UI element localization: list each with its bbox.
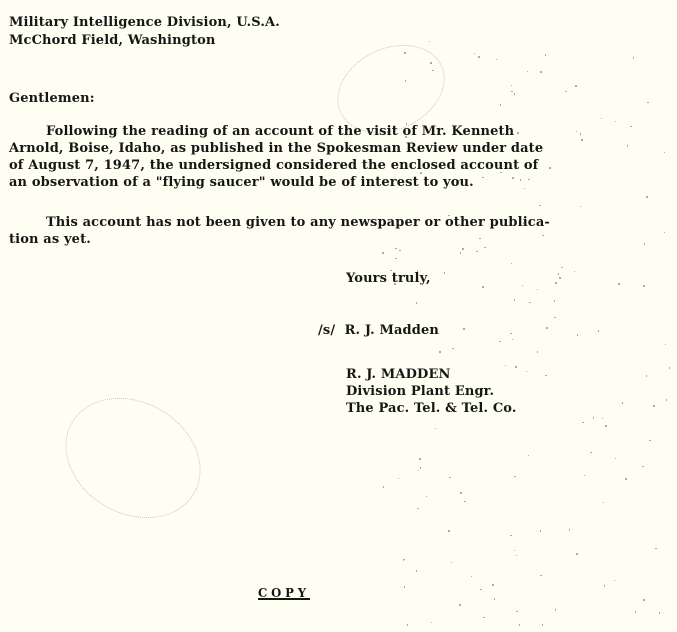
scan-speck [511,91,513,93]
scan-speck [593,417,595,419]
scan-speck [555,282,557,284]
scan-speck [627,145,629,147]
scan-speck [517,132,519,134]
scan-speck [474,53,476,55]
signer-company: The Pac. Tel. & Tel. Co. [346,400,517,416]
scan-speck [643,599,645,601]
scan-speck [554,317,556,319]
scan-speck [511,85,513,87]
scan-speck [558,273,560,275]
scan-speck [514,476,516,478]
scan-speck [615,458,617,460]
scan-speck [406,164,408,166]
address-line-1: Military Intelligence Division, U.S.A. [9,14,280,30]
scan-speck [580,133,582,135]
scan-speck [429,41,431,43]
scan-speck [476,251,478,253]
scan-speck [669,367,671,369]
scan-speck [448,530,450,532]
scan-speck [633,57,635,59]
scan-speck [527,71,529,73]
scan-speck [390,270,392,272]
scan-speck [403,560,405,562]
scan-speck [549,167,551,169]
scan-speck [528,179,530,181]
scan-speck [540,71,542,73]
scan-speck [394,283,396,285]
scan-speck [659,612,661,614]
scan-speck [500,104,502,106]
scan-speck [664,232,666,234]
scan-speck [484,247,486,249]
scan-speck [649,440,651,442]
scan-speck [569,529,571,531]
scan-speck [492,584,494,586]
scan-speck [496,59,498,61]
scan-speck [500,172,502,174]
scan-speck [602,418,604,420]
scan-speck [577,334,579,336]
scan-speck [395,248,397,250]
scan-speck [399,250,401,252]
scan-speck [643,285,645,287]
scan-speck [523,222,525,224]
scan-speck [598,330,600,332]
scan-speck [516,611,518,613]
scan-speck [448,215,450,217]
scan-speck [642,466,644,468]
faded-stamp-mark [44,374,223,542]
paragraph1-line-1: Following the reading of an account of t… [46,123,514,139]
scan-speck [505,365,507,367]
signer-title: Division Plant Engr. [346,383,494,399]
scan-speck [382,252,384,254]
scan-speck [582,422,584,424]
scan-speck [574,271,576,273]
scan-speck [512,339,514,341]
scan-speck [420,172,422,174]
scan-speck [515,366,517,368]
scan-speck [404,586,406,588]
scan-speck [452,348,454,350]
scan-speck [545,375,547,377]
scan-speck [647,102,649,104]
scan-speck [435,219,437,221]
scan-speck [451,562,453,564]
scan-speck [463,328,465,330]
scan-speck [664,152,666,154]
scan-speck [635,611,637,613]
scan-speck [565,91,567,93]
scan-speck [665,344,667,346]
scan-speck [418,470,420,472]
scan-speck [614,580,616,582]
scan-speck [519,624,521,626]
scan-speck [430,62,432,64]
scan-speck [432,70,434,72]
scan-speck [458,180,460,182]
address-line-2: McChord Field, Washington [9,32,216,48]
scan-speck [529,302,531,304]
scan-speck [625,478,627,480]
letter-page: Military Intelligence Division, U.S.A. M… [0,0,677,632]
scan-speck [439,351,441,353]
scan-speck [435,428,437,430]
scan-speck [462,385,464,387]
paragraph2-line-1: This account has not been given to any n… [46,214,550,230]
scan-speck [575,85,577,87]
scan-speck [395,258,397,260]
scan-speck [545,54,547,56]
scan-speck [460,492,462,494]
scan-speck [655,548,657,550]
scan-speck [522,285,524,287]
scan-speck [539,205,541,207]
scan-speck [462,248,464,250]
scan-speck [646,196,648,198]
scan-speck [494,598,496,600]
scan-speck [576,131,578,133]
scan-speck [480,589,482,591]
scan-speck [514,550,516,552]
scan-speck [512,177,514,179]
scan-speck [459,604,461,606]
scan-speck [605,425,607,427]
scan-speck [383,486,385,488]
scan-speck [444,272,446,274]
scan-speck [426,496,428,498]
scan-speck [387,131,389,133]
scan-speck [601,118,603,120]
scan-speck [420,467,422,469]
scan-speck [471,576,473,578]
scan-speck [510,535,512,537]
scan-speck [542,624,544,626]
scan-speck [576,553,578,555]
scan-speck [604,585,606,587]
scan-speck [618,283,620,285]
paragraph2-line-2: tion as yet. [9,231,91,247]
scan-speck [483,617,485,619]
copy-label: COPY [258,586,310,600]
scan-speck [615,121,617,123]
scan-speck [417,508,419,510]
scan-speck [581,139,583,141]
scan-speck [644,243,646,245]
scan-speck [584,475,586,477]
scan-speck [419,458,421,460]
paragraph1-line-3: of August 7, 1947, the undersigned consi… [9,157,538,173]
signer-name: R. J. MADDEN [346,366,451,382]
scan-speck [499,341,501,343]
scan-speck [479,238,481,240]
scan-speck [666,399,668,401]
scan-speck [590,452,592,454]
scan-speck [554,300,556,302]
scan-speck [431,622,433,624]
scan-speck [405,136,407,138]
paragraph1-line-2: Arnold, Boise, Idaho, as published in th… [9,140,543,156]
scan-speck [448,410,450,412]
scan-speck [407,624,409,626]
scan-speck [622,402,624,404]
scan-speck [646,375,648,377]
scan-speck [524,188,526,190]
scan-speck [514,299,516,301]
scan-speck [542,235,544,237]
scan-speck [449,477,451,479]
scan-speck [526,371,528,373]
scan-speck [478,56,480,58]
scan-speck [405,80,407,82]
signature: /s/ R. J. Madden [318,322,439,338]
scan-speck [537,351,539,353]
scan-speck [555,609,557,611]
scan-speck [416,302,418,304]
scan-speck [540,530,542,532]
scan-speck [482,286,484,288]
scan-speck [398,478,400,480]
scan-speck [516,555,518,557]
scan-speck [653,405,655,407]
scan-speck [482,177,484,179]
scan-speck [416,570,418,572]
scan-speck [528,455,530,457]
scan-speck [537,289,539,291]
scan-speck [520,179,522,181]
scan-speck [546,327,548,329]
scan-speck [580,206,582,208]
scan-speck [630,126,632,128]
paragraph1-line-4: an observation of a "flying saucer" woul… [9,174,474,190]
scan-speck [460,252,462,254]
scan-speck [514,93,516,95]
salutation: Gentlemen: [9,90,95,106]
scan-speck [510,333,512,335]
scan-speck [540,575,542,577]
scan-speck [464,501,466,503]
scan-speck [559,277,561,279]
scan-speck [404,52,406,54]
scan-speck [561,267,563,269]
scan-speck [511,263,513,265]
closing: Yours truly, [346,270,431,286]
scan-speck [603,502,605,504]
